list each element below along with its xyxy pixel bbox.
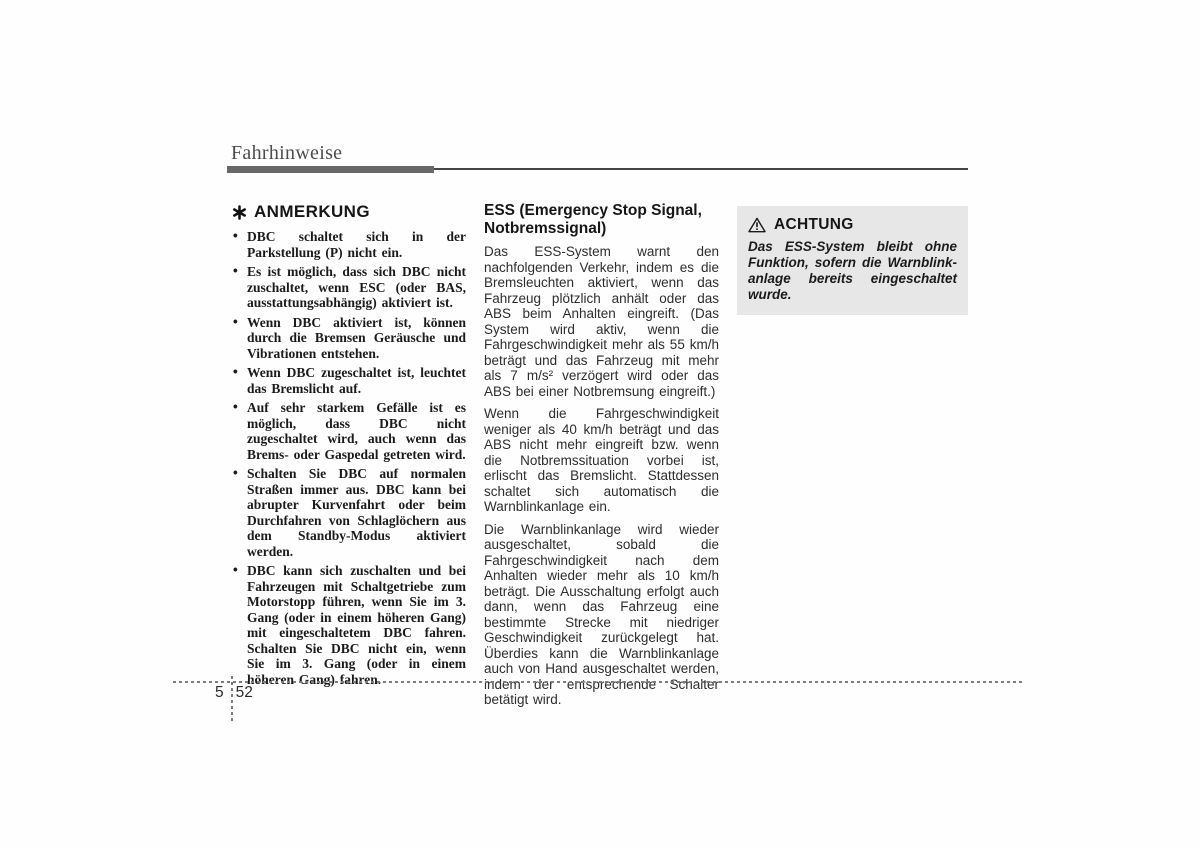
heavy-asterisk-icon <box>232 205 247 220</box>
list-item: Es ist möglich, dass sich DBC nicht zusc… <box>232 264 466 311</box>
header-rule-thick-segment <box>227 166 434 173</box>
achtung-title: ACHTUNG <box>774 216 854 234</box>
anmerkung-list: DBC schaltet sich in der Parkstellung (P… <box>232 229 466 687</box>
ess-paragraph: Die Warnblinkanlage wird wieder ausgesch… <box>484 522 719 708</box>
list-item: Wenn DBC aktiviert ist, können durch die… <box>232 315 466 362</box>
list-item: Wenn DBC zugeschaltet ist, leuchtet das … <box>232 365 466 396</box>
achtung-box: ACHTUNG Das ESS-System bleibt ohne Funkt… <box>737 206 968 315</box>
ess-paragraph: Wenn die Fahrgeschwindigkeit weniger als… <box>484 406 719 515</box>
anmerkung-section: ANMERKUNG DBC schaltet sich in der Parks… <box>232 202 466 691</box>
ess-section-title: ESS (Emergency Stop Signal, Notbremssign… <box>484 202 719 237</box>
list-item: DBC kann sich zuschalten und bei Fahrzeu… <box>232 563 466 687</box>
ess-paragraph: Das ESS-System warnt den nachfolgenden V… <box>484 244 719 399</box>
footer-dashed-line <box>173 681 1025 683</box>
page-number-value: 52 <box>236 684 253 702</box>
chapter-title: Fahrhinweise <box>231 142 342 164</box>
list-item: Schalten Sie DBC auf normalen Straßen im… <box>232 466 466 559</box>
warning-triangle-icon <box>748 217 766 233</box>
chapter-number: 5 <box>215 684 224 702</box>
ess-section: ESS (Emergency Stop Signal, Notbremssign… <box>484 202 719 715</box>
achtung-heading: ACHTUNG <box>748 216 957 234</box>
achtung-body: Das ESS-System bleibt ohne Funktion, sof… <box>748 239 957 303</box>
list-item: DBC schaltet sich in der Parkstellung (P… <box>232 229 466 260</box>
achtung-callout: ACHTUNG Das ESS-System bleibt ohne Funkt… <box>737 206 968 315</box>
anmerkung-title: ANMERKUNG <box>254 202 370 222</box>
list-item: Auf sehr starkem Gefälle ist es möglich,… <box>232 400 466 462</box>
page-number: 5 52 <box>215 684 253 702</box>
header-rule-thin-segment <box>434 168 968 170</box>
anmerkung-heading: ANMERKUNG <box>232 202 466 222</box>
manual-page: Fahrhinweise ANMERKUNG DBC schaltet sich… <box>0 0 1200 848</box>
header-rule <box>227 165 968 173</box>
